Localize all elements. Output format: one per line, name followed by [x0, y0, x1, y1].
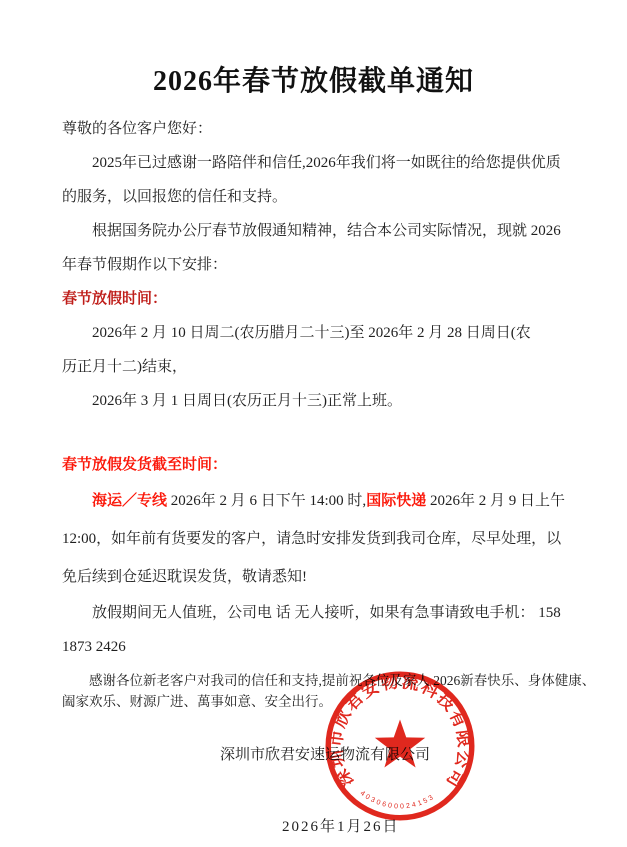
svg-text:4030600024153: 4030600024153: [359, 790, 437, 811]
duty-paragraph: 放假期间无人值班，公司电 话 无人接听，如果有急事请致电手机： 158 1873…: [62, 596, 565, 664]
sea-freight-deadline: 2026年 2 月 6 日下午 14:00 时,: [167, 493, 366, 509]
cutoff-line-2: 12:00，如年前有货要发的客户，请急时安排发货到我司仓库，尽早处理，以: [62, 520, 565, 558]
cutoff-paragraph: 海运／专线 2026年 2 月 6 日下午 14:00 时,国际快递 2026年…: [62, 482, 565, 596]
intro-line-2: 的服务，以回报您的信任和支持。: [62, 180, 565, 214]
duty-line-1: 放假期间无人值班，公司电 话 无人接听，如果有急事请致电手机： 158: [62, 596, 565, 630]
thanks-paragraph: 感谢各位新老客户对我司的信任和支持,提前祝各位及家人 2026新春快乐、身体健康…: [62, 670, 565, 712]
signature-date: 2026年1月26日: [282, 810, 565, 844]
thanks-line-2: 阖家欢乐、财源广进、萬事如意、安全出行。: [62, 691, 565, 712]
greeting-line: 尊敬的各位客户您好：: [62, 112, 565, 146]
holiday-line-3: 2026年 3 月 1 日周日(农历正月十三)正常上班。: [62, 384, 565, 418]
phone-number-line: 1873 2426: [62, 630, 565, 664]
basis-line-2: 年春节假期作以下安排：: [62, 248, 565, 282]
thanks-line-1: 感谢各位新老客户对我司的信任和支持,提前祝各位及家人 2026新春快乐、身体健康…: [62, 670, 565, 691]
cutoff-line-1: 海运／专线 2026年 2 月 6 日下午 14:00 时,国际快递 2026年…: [62, 482, 565, 520]
intl-express-label: 国际快递: [366, 493, 426, 509]
intro-paragraph: 2025年已过感谢一路陪伴和信任,2026年我们将一如既往的给您提供优质 的服务…: [62, 146, 565, 214]
signature-company: 深圳市欣君安速运物流有限公司: [220, 738, 565, 772]
holiday-line-2: 历正月十二)结束，: [62, 350, 565, 384]
seal-serial-number: 4030600024153: [359, 790, 437, 811]
sea-freight-label: 海运／专线: [92, 493, 167, 509]
page-title: 2026年春节放假截单通知: [62, 62, 565, 102]
cutoff-time-heading: 春节放假发货截至时间：: [62, 448, 565, 482]
basis-paragraph: 根据国务院办公厅春节放假通知精神，结合本公司实际情况，现就 2026 年春节假期…: [62, 214, 565, 282]
intl-express-deadline: 2026年 2 月 9 日上午: [426, 493, 565, 509]
notice-document: 2026年春节放假截单通知 尊敬的各位客户您好： 2025年已过感谢一路陪伴和信…: [0, 0, 627, 847]
cutoff-line-3: 免后续到仓延迟耽误发货，敬请悉知!: [62, 558, 565, 596]
intro-line-1: 2025年已过感谢一路陪伴和信任,2026年我们将一如既往的给您提供优质: [62, 146, 565, 180]
holiday-line-1: 2026年 2 月 10 日周二(农历腊月二十三)至 2026年 2 月 28 …: [62, 316, 565, 350]
holiday-time-heading: 春节放假时间：: [62, 282, 565, 316]
holiday-dates-paragraph: 2026年 2 月 10 日周二(农历腊月二十三)至 2026年 2 月 28 …: [62, 316, 565, 418]
basis-line-1: 根据国务院办公厅春节放假通知精神，结合本公司实际情况，现就 2026: [62, 214, 565, 248]
